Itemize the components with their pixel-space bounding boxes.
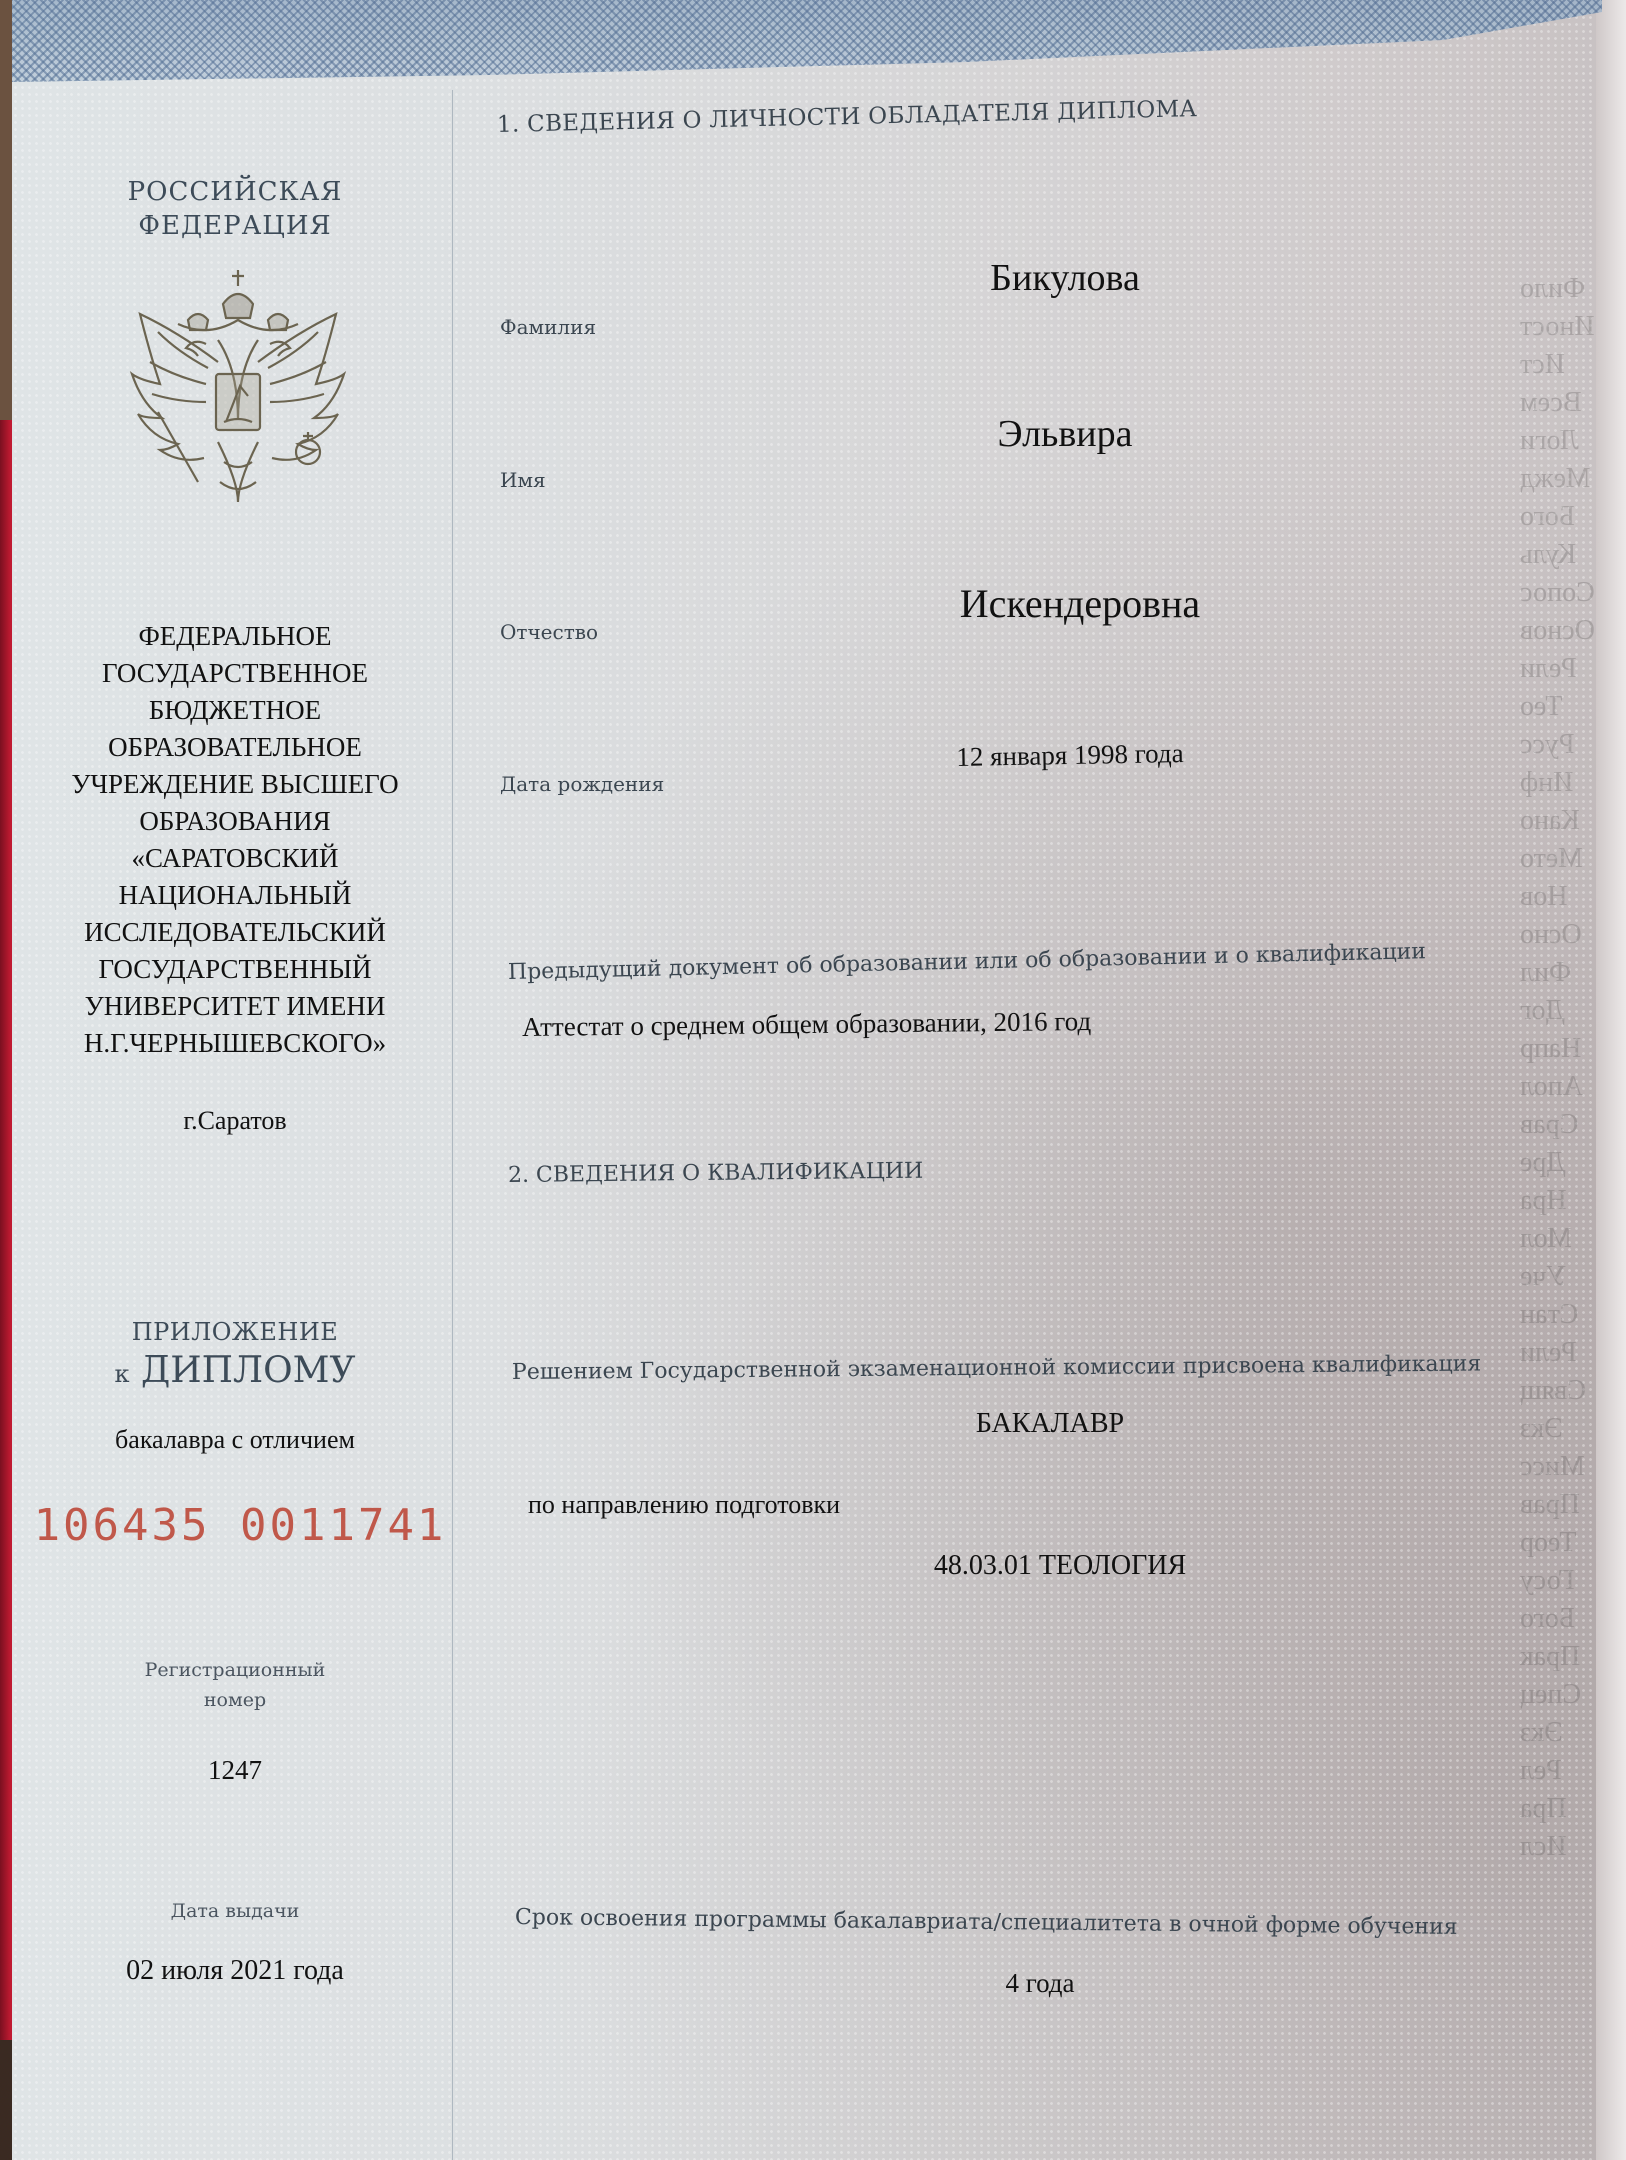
patronymic-label: Отчество (500, 620, 598, 644)
institution-line: ГОСУДАРСТВЕННЫЙ (60, 951, 410, 988)
surname-label: Фамилия (500, 315, 596, 339)
institution-line: ОБРАЗОВАНИЯ (60, 803, 410, 840)
direction-value: 48.03.01 ТЕОЛОГИЯ (780, 1550, 1340, 1582)
institution-line: УЧРЕЖДЕНИЕ ВЫСШЕГО (60, 766, 410, 803)
institution-line: УНИВЕРСИТЕТ ИМЕНИ (60, 988, 410, 1025)
institution-line: ОБРАЗОВАТЕЛЬНОЕ (60, 729, 410, 766)
institution-line: БЮДЖЕТНОЕ (60, 692, 410, 729)
city: г.Саратов (60, 1106, 410, 1136)
page-edge (1596, 0, 1626, 2160)
appendix-to-word: ДИПЛОМУ (141, 1350, 356, 1391)
institution-line: ГОСУДАРСТВЕННОЕ (60, 655, 410, 692)
country-line-2: ФЕДЕРАЦИЯ (60, 209, 410, 243)
institution-line: ИССЛЕДОВАТЕЛЬСКИЙ (60, 914, 410, 951)
appendix-title: ПРИЛОЖЕНИЕ (60, 1318, 410, 1346)
appendix-to-diploma: к ДИПЛОМУ (60, 1350, 410, 1391)
registration-label-line-1: Регистрационный (60, 1655, 410, 1685)
institution-line: «САРАТОВСКИЙ (60, 840, 410, 877)
dob-label: Дата рождения (500, 772, 664, 796)
registration-number: 1247 (60, 1755, 410, 1786)
degree-type: бакалавра с отличием (60, 1425, 410, 1455)
issue-date-label: Дата выдачи (60, 1900, 410, 1922)
direction-label: по направлению подготовки (528, 1490, 840, 1520)
show-through-text: ФилоИностИстВсемЛогиМеждБогоКульСопосОсн… (1520, 270, 1600, 1866)
registration-number-label: Регистрационный номер (60, 1655, 410, 1715)
country-line-1: РОССИЙСКАЯ (60, 175, 410, 209)
name-label: Имя (500, 468, 546, 492)
study-term-value: 4 года (880, 1968, 1200, 1999)
surname-value: Бикулова (850, 256, 1280, 300)
institution-line: Н.Г.ЧЕРНЫШЕВСКОГО» (60, 1025, 410, 1062)
registration-label-line-2: номер (60, 1685, 410, 1715)
russian-coat-of-arms-icon (128, 262, 348, 512)
country-name: РОССИЙСКАЯ ФЕДЕРАЦИЯ (60, 175, 410, 243)
qualification-value: БАКАЛАВР (840, 1408, 1260, 1440)
section-2-title: 2. СВЕДЕНИЯ О КВАЛИФИКАЦИИ (508, 1159, 923, 1188)
institution-name: ФЕДЕРАЛЬНОЕГОСУДАРСТВЕННОЕБЮДЖЕТНОЕОБРАЗ… (60, 618, 410, 1062)
institution-line: ФЕДЕРАЛЬНОЕ (60, 618, 410, 655)
issue-date: 02 июля 2021 года (60, 1955, 410, 1987)
serial-number: 106435 0011741 (20, 1500, 460, 1551)
institution-line: НАЦИОНАЛЬНЫЙ (60, 877, 410, 914)
column-divider (452, 90, 453, 2160)
appendix-to-prefix: к (115, 1360, 130, 1388)
patronymic-value: Искендеровна (800, 580, 1360, 627)
previous-document-value: Аттестат о среднем общем образовании, 20… (522, 1006, 1091, 1043)
name-value: Эльвира (850, 412, 1280, 456)
